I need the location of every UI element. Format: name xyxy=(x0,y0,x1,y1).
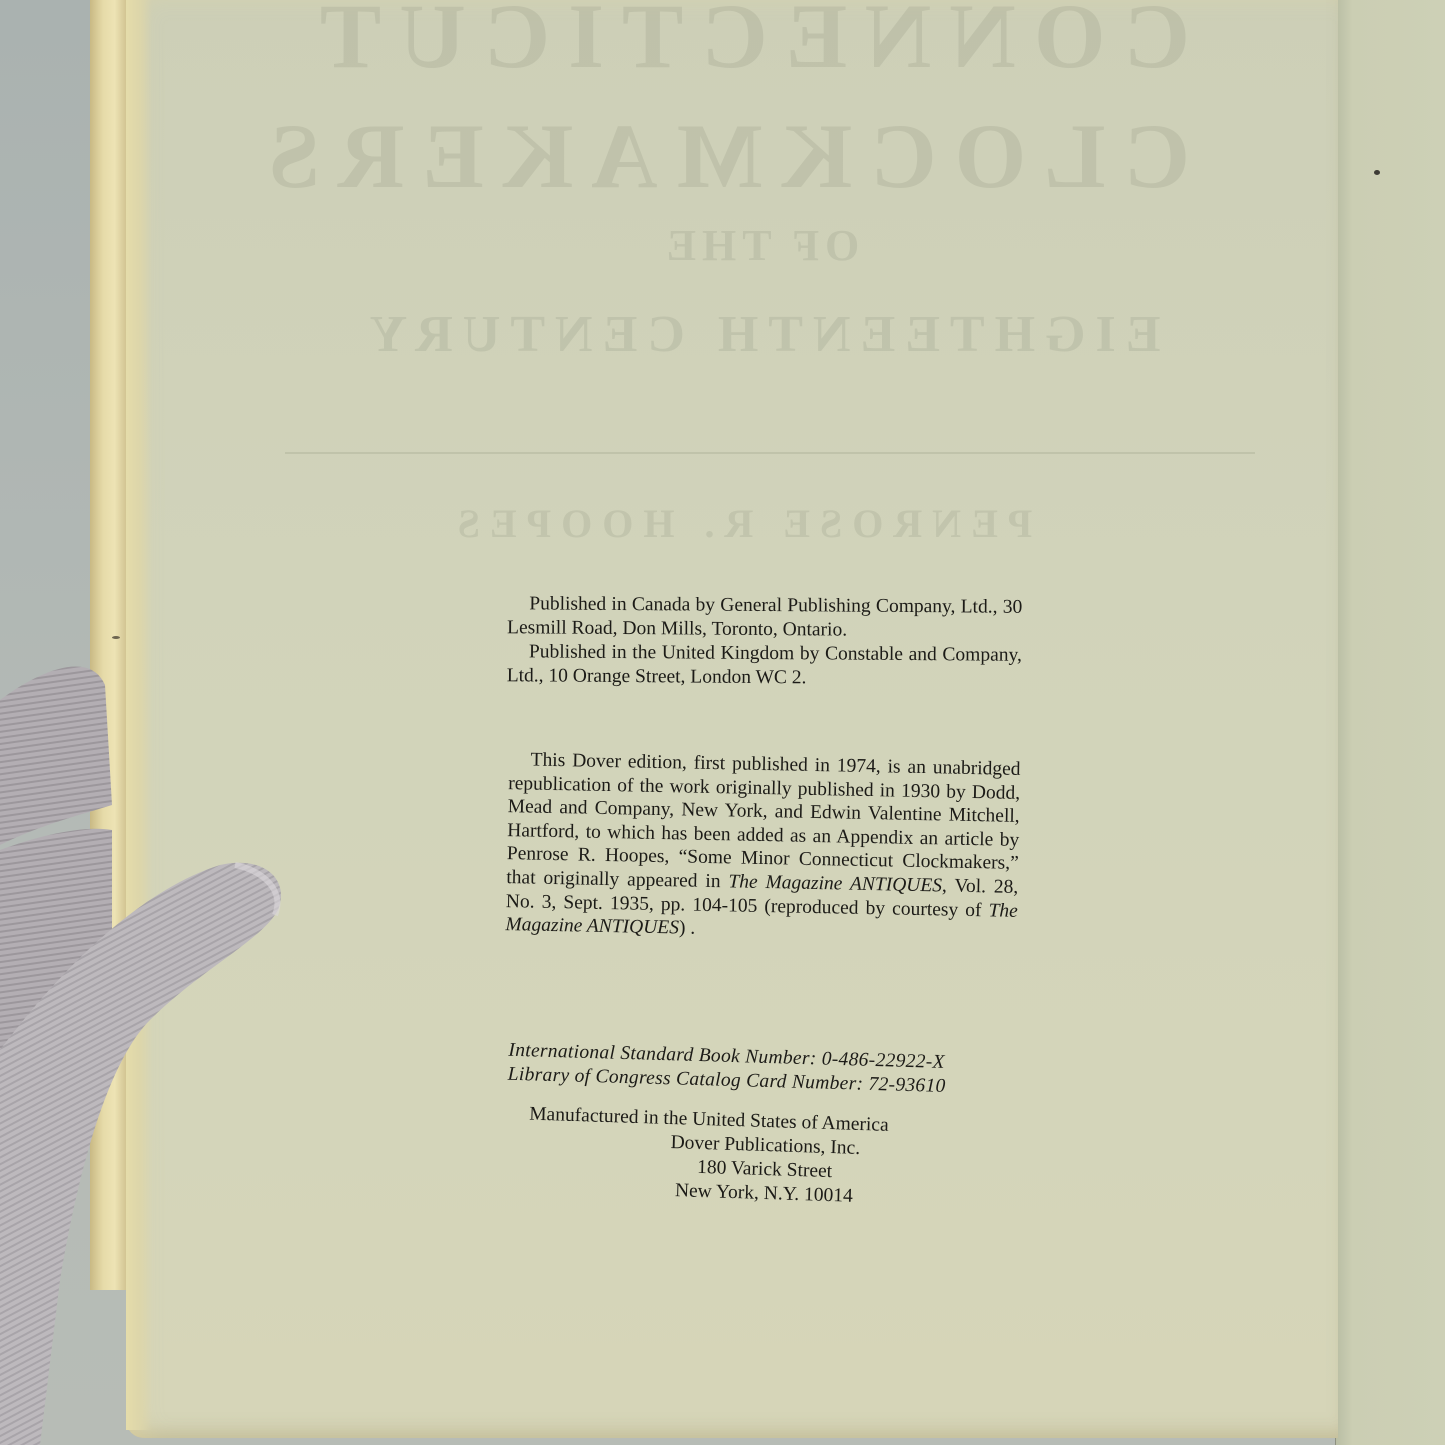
bleed-through-title-line-3: OF THE xyxy=(560,220,960,271)
lccn-value: 72-93610 xyxy=(868,1074,946,1097)
isbn-value: 0-486-22922-X xyxy=(821,1049,945,1073)
uk-publisher-note: Published in the United Kingdom by Const… xyxy=(507,640,1022,692)
bleed-through-title-line-1: CONNECTICUT xyxy=(330,0,1190,82)
bleed-through-rule xyxy=(285,452,1255,454)
manufacturer-block: Manufactured in the United States of Ame… xyxy=(519,1102,1012,1213)
edition-note: This Dover edition, first published in 1… xyxy=(505,748,1021,947)
gloved-hand xyxy=(0,640,290,1445)
photo-scene: CONNECTICUT CLOCKMAKERS OF THE EIGHTEENT… xyxy=(0,0,1445,1445)
publishing-rights-block: Published in Canada by General Publishin… xyxy=(507,592,1023,692)
canada-publisher-note: Published in Canada by General Publishin… xyxy=(507,592,1022,644)
speck xyxy=(1374,170,1380,175)
magazine-title-1: The Magazine ANTIQUES xyxy=(728,871,942,896)
stain xyxy=(112,636,120,639)
edition-note-text-start: This Dover edition, first published in 1… xyxy=(506,750,1021,893)
edition-note-block: This Dover edition, first published in 1… xyxy=(505,748,1021,947)
book-page xyxy=(126,0,1338,1438)
bleed-through-author: PENROSE R. HOOPES xyxy=(430,500,1050,547)
adjacent-page-edge xyxy=(1335,0,1445,1445)
bleed-through-title-line-4: EIGHTEENTH CENTURY xyxy=(330,305,1190,364)
edition-note-text-end: ) . xyxy=(679,918,696,939)
bleed-through-title-line-2: CLOCKMAKERS xyxy=(330,110,1190,202)
